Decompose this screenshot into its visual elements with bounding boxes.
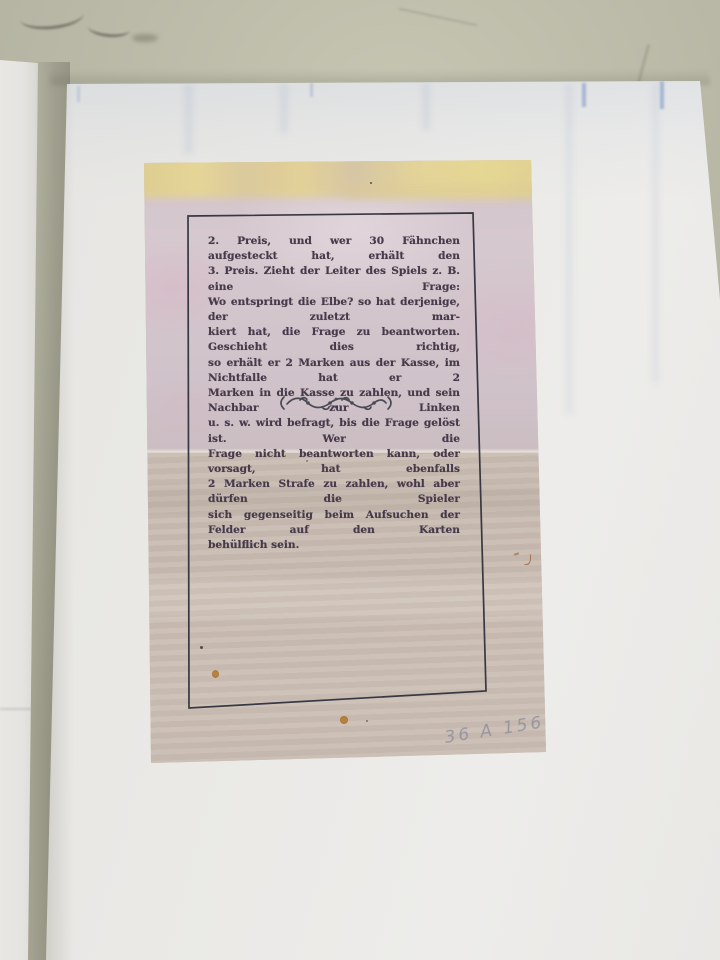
paper-crease [0,708,34,710]
desk-scratch-mark [399,8,478,27]
blue-edge-tick [310,83,313,97]
text-line: 2 Marken Strafe zu zahlen, wohl aber dür… [208,477,460,507]
text-line: 2. Preis, und wer 30 Fähnchen aufgesteck… [208,234,460,264]
blue-edge-tick [77,86,80,102]
text-line: u. s. w. wird befragt, bis die Frage gel… [208,416,460,446]
scanned-document: 2. Preis, und wer 30 Fähnchen aufgesteck… [144,158,548,765]
ink-speck [200,646,203,649]
text-line: so erhält er 2 Marken aus der Kasse, im … [208,356,460,386]
text-line: Wo entspringt die Elbe? so hat derjenige… [208,295,460,325]
ink-speck [366,720,368,722]
desk-smudge-mark [132,34,158,42]
desk-smudge-mark [87,18,130,39]
desk-smudge-mark [19,1,85,33]
floral-ornament-icon [278,394,394,412]
blue-edge-tick [660,81,664,109]
rust-stain [212,670,219,678]
blue-streak [422,84,430,130]
text-line: kiert hat, die Frage zu beantworten. Ges… [208,325,460,355]
blue-streak [184,84,193,154]
blue-streak [652,83,659,383]
text-line: behülflich sein. [208,538,460,553]
blue-streak [280,84,288,134]
ink-speck [306,460,308,462]
blue-edge-tick [582,83,586,107]
text-line: sich gegenseitig beim Aufsuchen der Feld… [208,508,460,538]
photo-of-archived-document: 2. Preis, und wer 30 Fähnchen aufgesteck… [0,0,720,960]
text-line: Frage nicht beantworten kann, oder vorsa… [208,447,460,477]
rust-stain [340,716,348,724]
blue-streak [565,84,573,414]
text-line: 3. Preis. Zieht der Leiter des Spiels z.… [208,264,460,294]
ink-speck [370,182,372,184]
